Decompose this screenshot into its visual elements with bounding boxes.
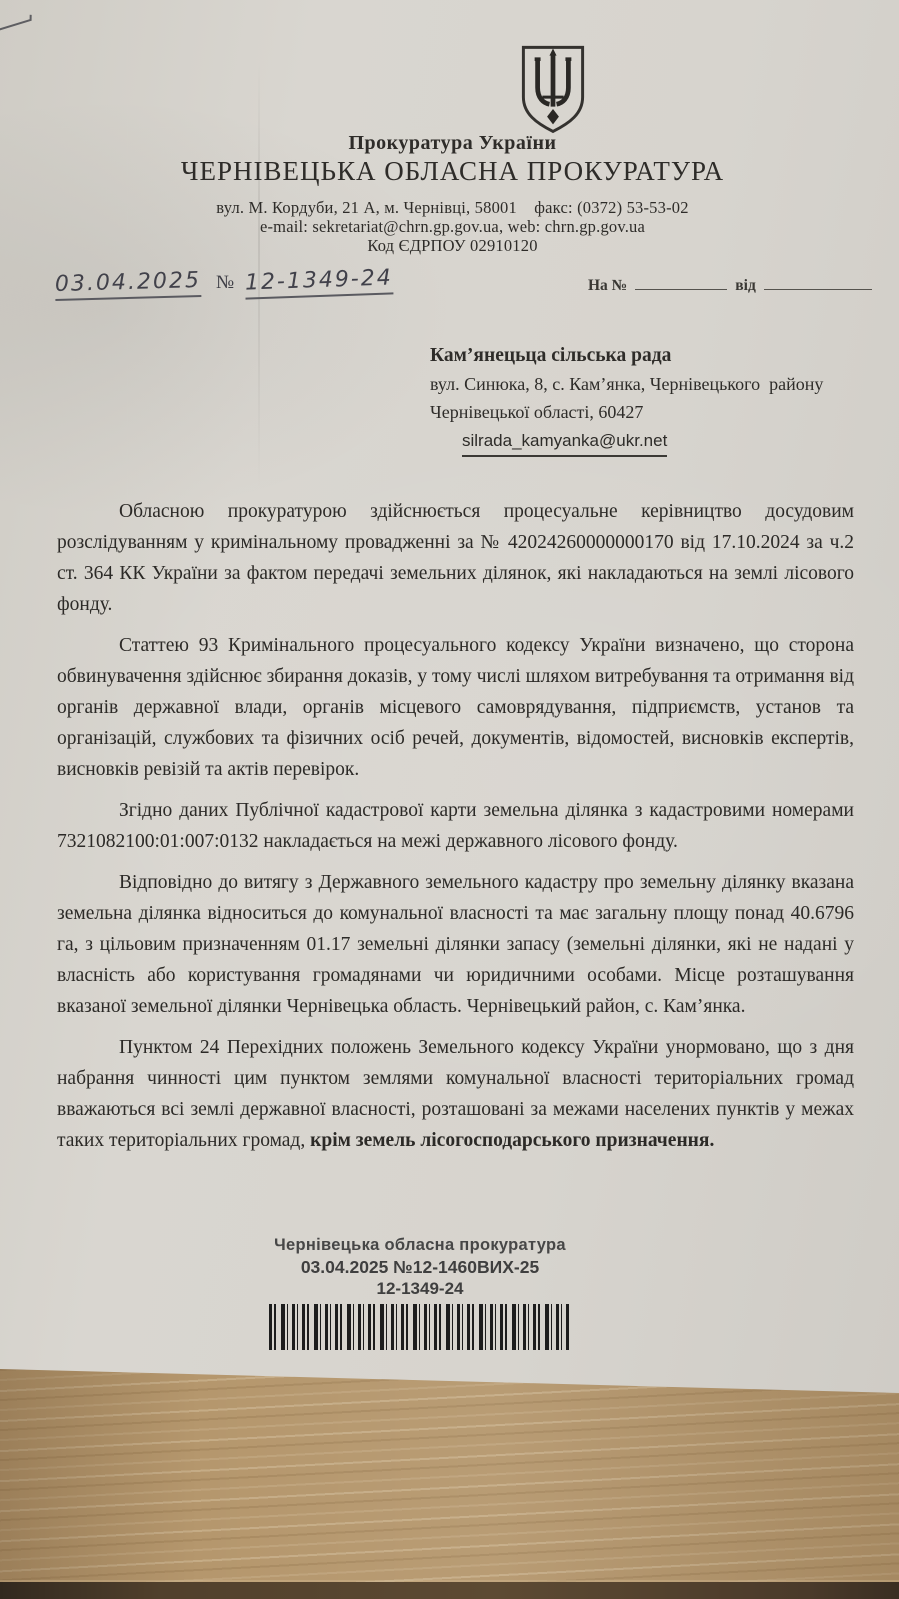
number-sign: № [216,272,234,294]
addressee-address-line2: Чернівецької області, 60427 [430,398,875,426]
letter-body: Обласною прокуратурою здійснюється проце… [57,496,854,1166]
org-edrpou-code-line: Код ЄДРПОУ 02910120 [0,236,899,256]
ukraine-trident-coat-of-arms-icon [513,45,593,135]
stamp-org-name: Чернівецька обласна прокуратура [238,1236,602,1255]
org-parent-title: Прокуратура України [0,132,899,155]
body-paragraph-4: Відповідно до витягу з Державного земель… [57,867,854,1022]
incoming-date-label: від [735,277,756,294]
incoming-reference-blanks: На №від [588,276,872,295]
incoming-date-blank [764,276,872,290]
paragraph-text: Відповідно до витягу з Державного земель… [57,872,854,1017]
org-address-line: вул. М. Кордуби, 21 А, м. Чернівці, 5800… [0,198,899,218]
addressee-name: Кам’янецьца сільська рада [430,342,875,370]
handwritten-date: 03.04.2025 [55,268,202,301]
body-paragraph-2: Статтею 93 Кримінального процесуального … [57,630,854,785]
paragraph-text: Обласною прокуратурою здійснюється проце… [57,501,854,615]
org-contact-line: e-mail: sekretariat@chrn.gp.gov.ua, web:… [0,217,899,237]
paragraph-text: Згідно даних Публічної кадастрової карти… [57,800,854,852]
paragraph-bold-text: крім земель лісогосподарського призначен… [310,1130,714,1151]
handwritten-outgoing-number: 12-1349-24 [245,265,394,299]
addressee-address-line1: вул. Синюка, 8, с. Кам’янка, Чернівецько… [430,370,875,398]
org-name-title: ЧЕРНІВЕЦЬКА ОБЛАСНА ПРОКУРАТУРА [0,156,899,187]
letter-paper: Прокуратура України ЧЕРНІВЕЦЬКА ОБЛАСНА … [0,0,899,1399]
registration-stamp: Чернівецька обласна прокуратура 03.04.20… [238,1236,602,1350]
incoming-number-blank [635,276,727,290]
table-front-edge [0,1582,899,1599]
stamp-registration-number: 03.04.2025 №12-1460ВИХ-25 [238,1257,602,1278]
addressee-block: Кам’янецьца сільська рада вул. Синюка, 8… [430,342,875,457]
body-paragraph-3: Згідно даних Публічної кадастрової карти… [57,795,854,857]
paper-crease [258,60,260,490]
stamp-case-number: 12-1349-24 [238,1279,602,1299]
registration-barcode-icon [269,1304,571,1350]
paragraph-text: Статтею 93 Кримінального процесуального … [57,635,854,780]
body-paragraph-1: Обласною прокуратурою здійснюється проце… [57,496,854,620]
addressee-email: silrada_kamyanka@ukr.net [462,427,667,457]
reference-line: 03.04.2025 № 12-1349-24 На №від [0,264,899,306]
body-paragraph-5: Пунктом 24 Перехідних положень Земельног… [57,1032,854,1156]
incoming-number-label: На № [588,277,627,294]
